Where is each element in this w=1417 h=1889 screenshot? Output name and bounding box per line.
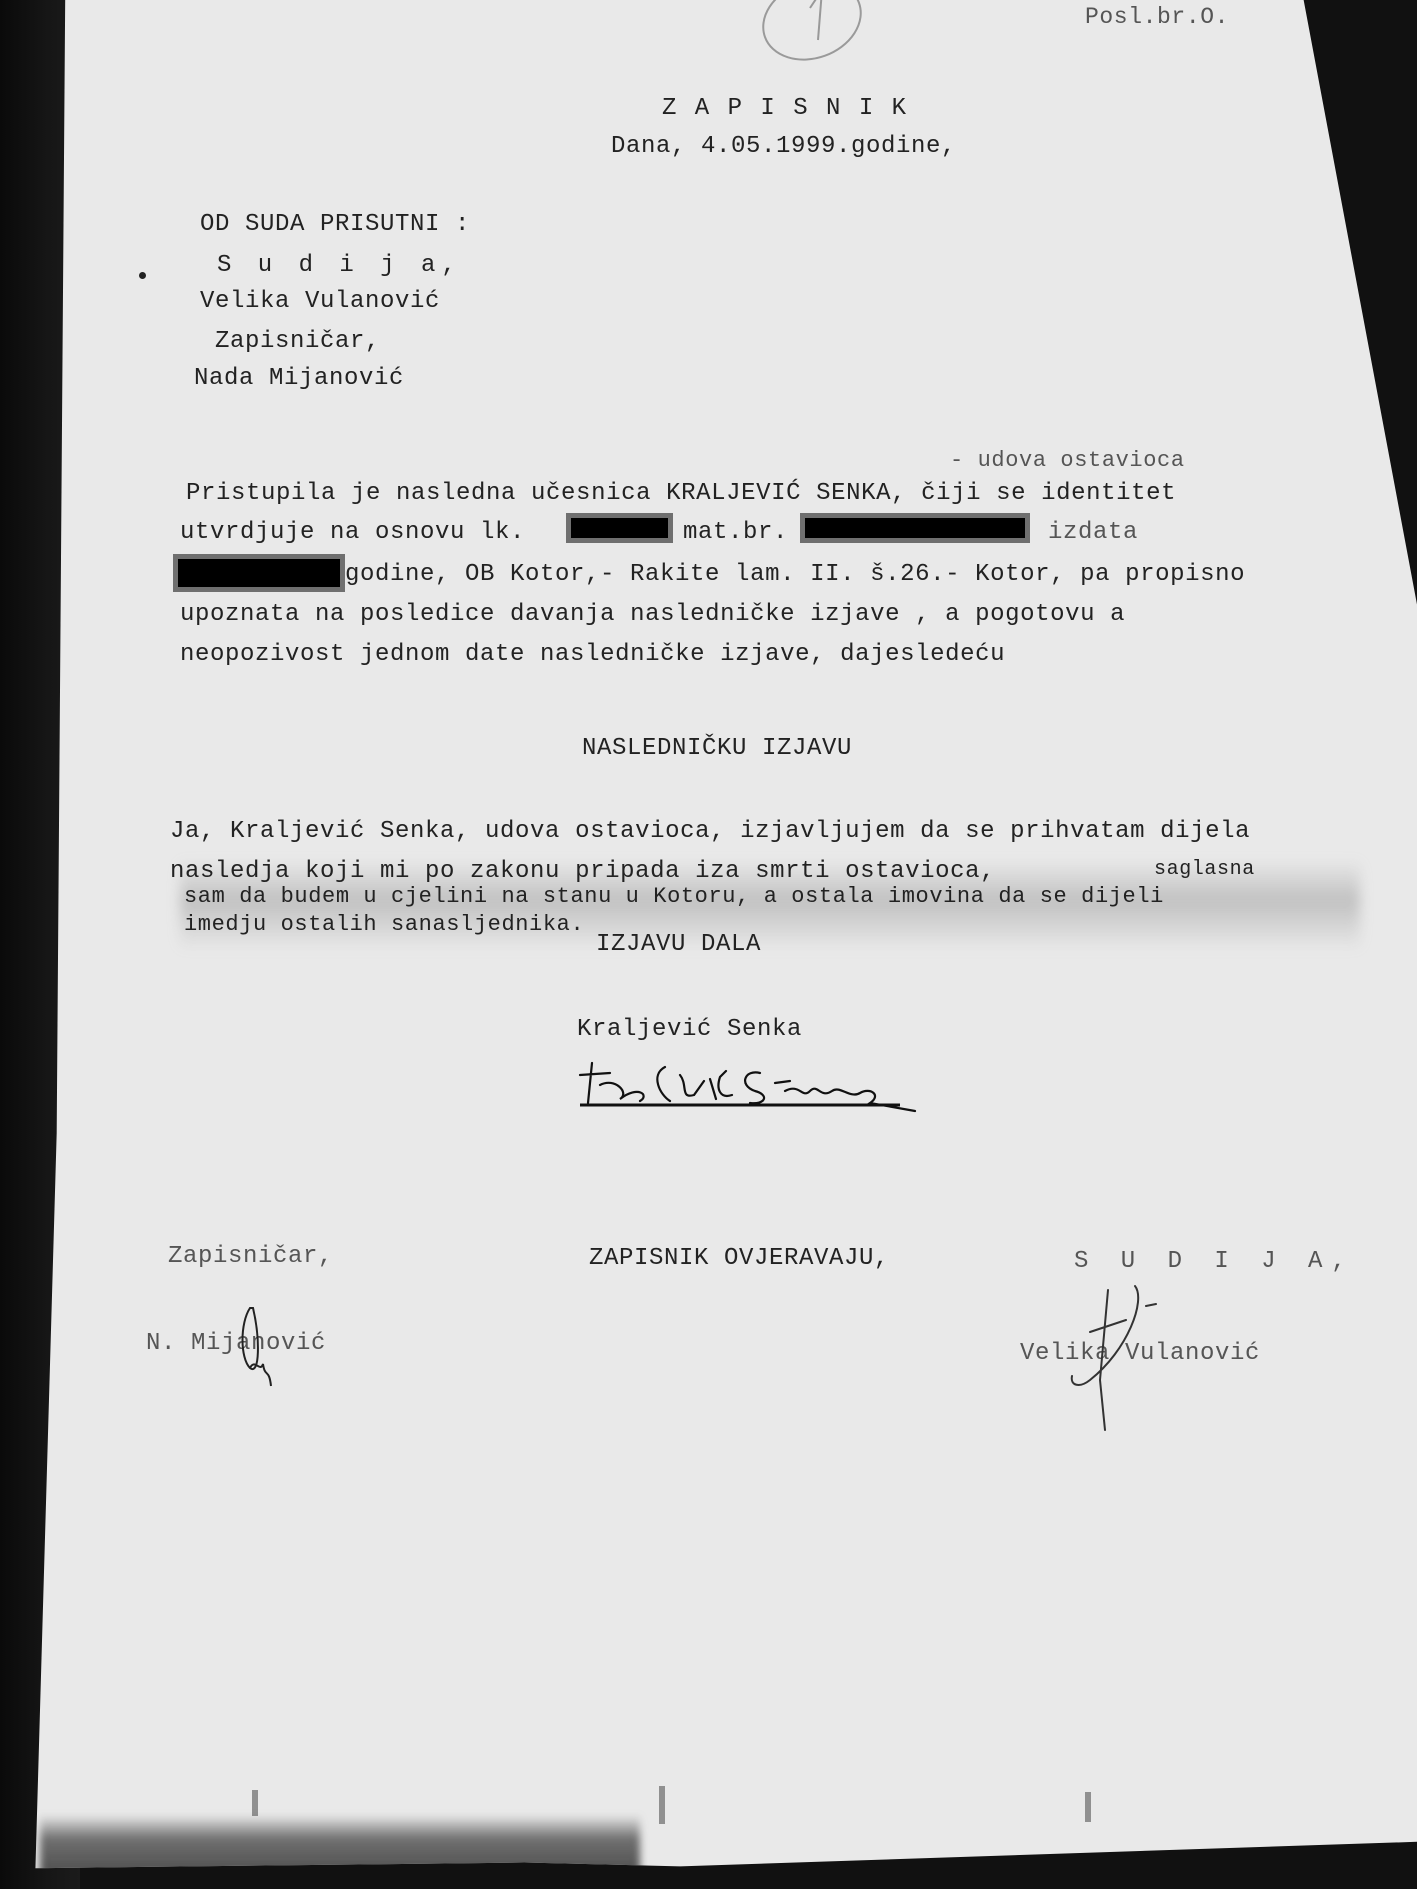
intro-line-2b: mat.br. xyxy=(683,521,788,545)
clerk-name: Nada Mijanović xyxy=(194,367,404,391)
statement-line-4: imedju ostalih sanasljednika. xyxy=(184,914,584,936)
date-line: Dana, 4.05.1999.godine, xyxy=(611,135,956,159)
declarant-name: Kraljević Senka xyxy=(577,1018,802,1042)
declarant-label: IZJAVU DALA xyxy=(596,933,761,957)
clerk-signature xyxy=(235,1298,285,1393)
court-present-heading: OD SUDA PRISUTNI : xyxy=(200,213,470,237)
scan-shadow xyxy=(40,1815,640,1875)
declarant-signature xyxy=(570,1055,940,1115)
redaction-issue-date xyxy=(173,554,345,592)
clerk-label: Zapisničar, xyxy=(215,330,380,354)
bottom-page-mark xyxy=(659,1786,665,1824)
statement-line-2: nasledja koji mi po zakonu pripada iza s… xyxy=(170,860,995,884)
intro-line-1: Pristupila je nasledna učesnica KRALJEVI… xyxy=(186,482,1176,506)
intro-line-2a: utvrdjuje na osnovu lk. xyxy=(180,521,525,545)
case-reference: Posl.br.O. xyxy=(1085,6,1229,29)
statement-line-1: Ja, Kraljević Senka, udova ostavioca, iz… xyxy=(170,820,1250,844)
section-title: NASLEDNIČKU IZJAVU xyxy=(582,737,852,761)
document-title: Z A P I S N I K xyxy=(662,97,908,121)
redaction-id-number xyxy=(566,513,673,543)
judge-name: Velika Vulanović xyxy=(200,290,440,314)
handwritten-insert-note: - udova ostavioca xyxy=(950,450,1185,472)
intro-line-4: upoznata na posledice davanja nasledničk… xyxy=(180,603,1125,627)
bottom-scan-artifact xyxy=(1085,1792,1091,1822)
certify-label: ZAPISNIK OVJERAVAJU, xyxy=(589,1247,889,1271)
intro-line-3: godine, OB Kotor,- Rakite lam. II. š.26.… xyxy=(345,563,1245,587)
page-number-circle-mark xyxy=(750,0,880,80)
bottom-scan-artifact xyxy=(252,1790,258,1816)
footer-clerk-label: Zapisničar, xyxy=(168,1245,333,1269)
statement-line-3: sam da budem u cjelini na stanu u Kotoru… xyxy=(184,886,1164,908)
document-page: Posl.br.O. Z A P I S N I K Dana, 4.05.19… xyxy=(0,0,1417,1889)
statement-insert: saglasna xyxy=(1154,860,1255,880)
intro-line-5: neopozivost jednom date nasledničke izja… xyxy=(180,643,1005,667)
judge-label: S u d i j a, xyxy=(217,254,462,278)
intro-line-2c: izdata xyxy=(1048,521,1138,545)
footer-judge-label: S U D I J A, xyxy=(1074,1250,1355,1274)
bullet-mark xyxy=(139,272,146,279)
judge-signature xyxy=(1060,1280,1170,1440)
redaction-registration-number xyxy=(800,513,1030,543)
